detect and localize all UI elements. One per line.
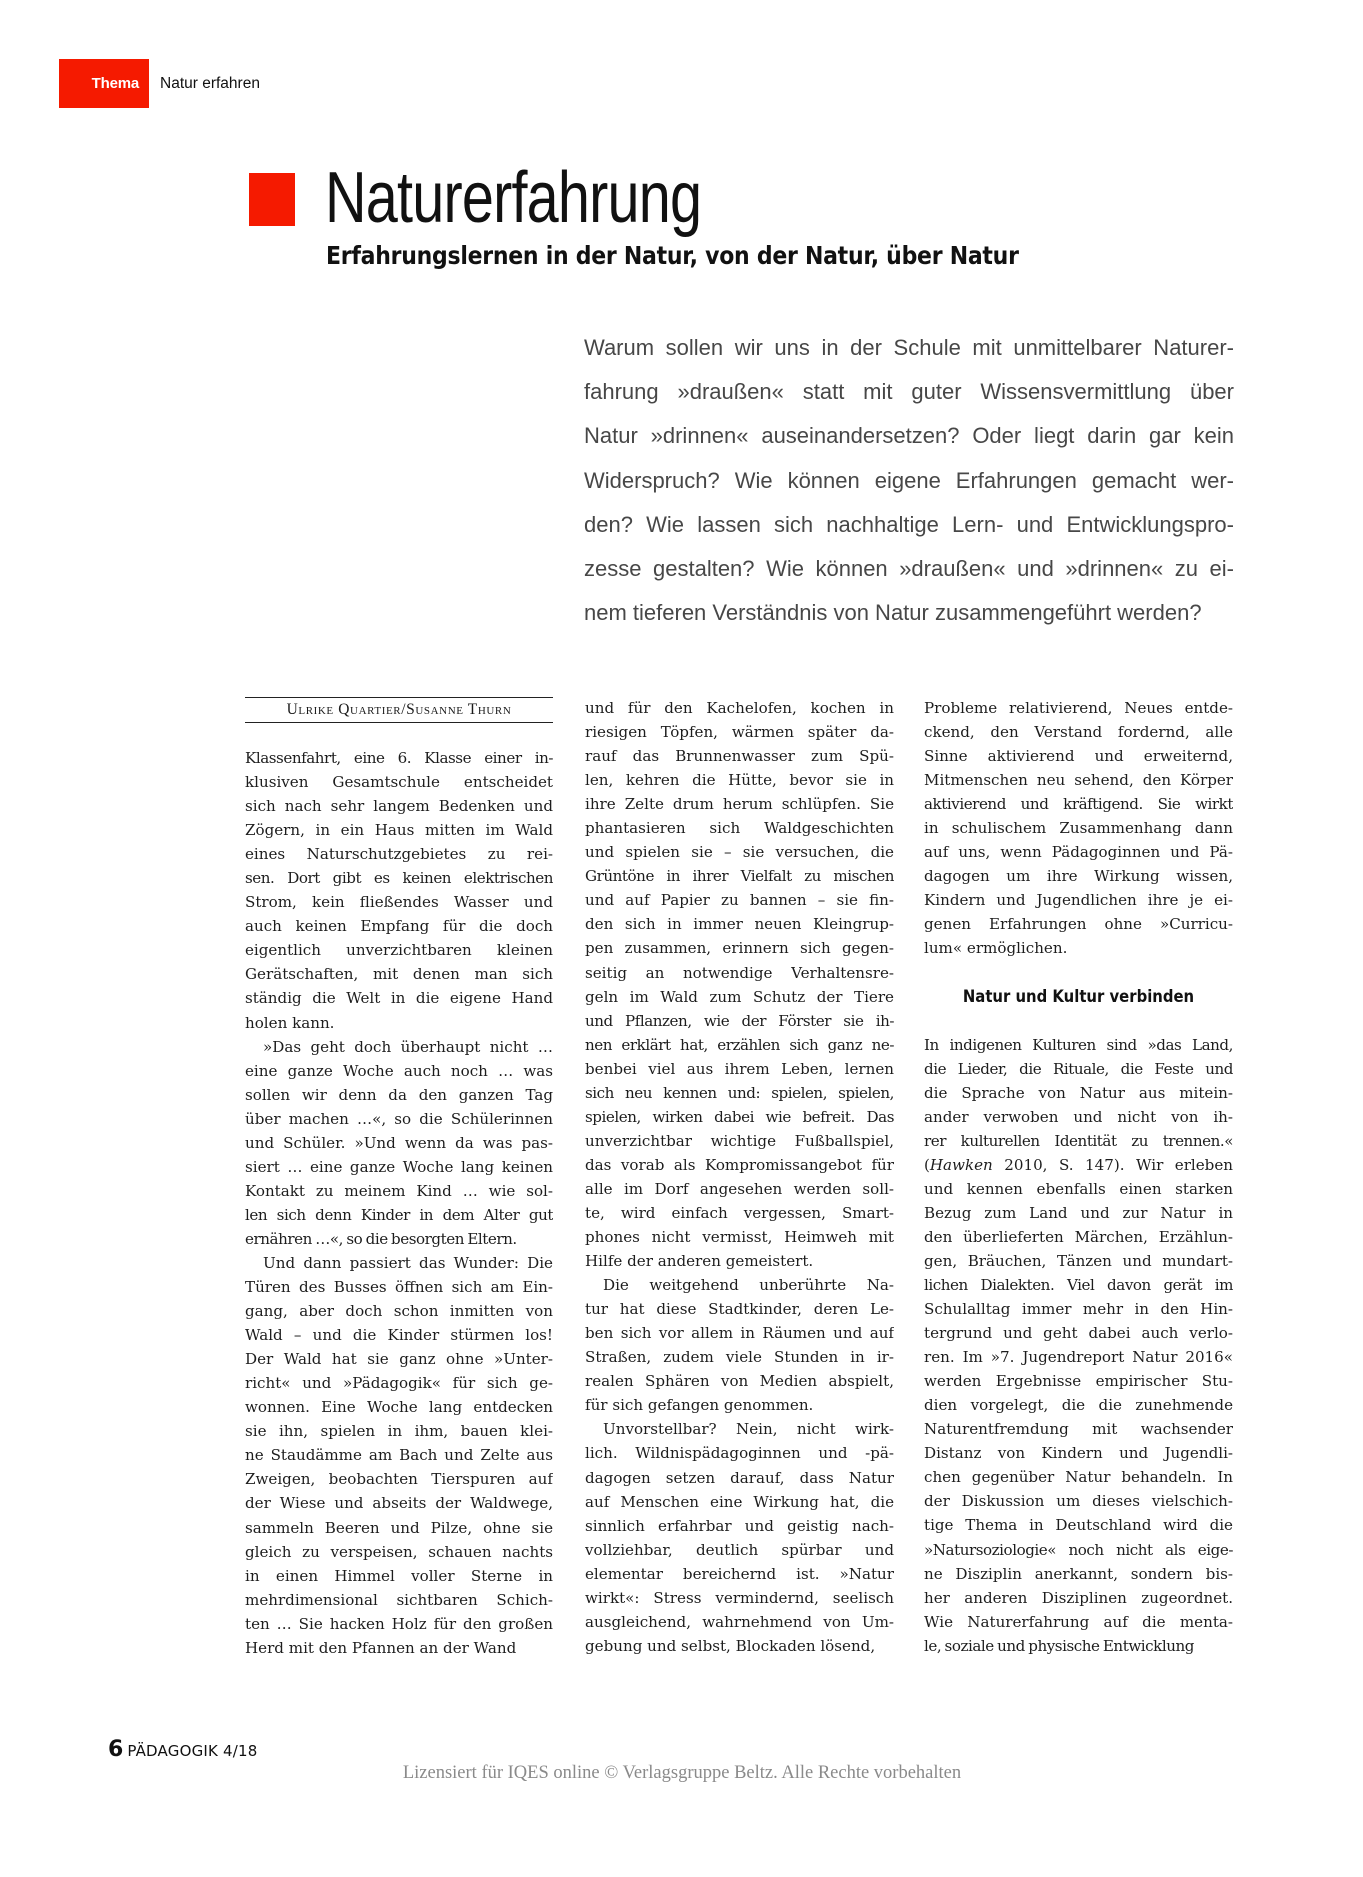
magazine-issue: PÄDAGOGIK 4/18 [127, 1742, 257, 1760]
column-2-text: und für den Kachelofen, kochen inriesige… [585, 696, 894, 1658]
lead-line: fahrung »draußen« statt mit guter Wissen… [584, 370, 1234, 414]
section-tab: Thema [59, 59, 149, 108]
text-line: Mitmenschen neu sehend, den Körper [924, 768, 1233, 792]
text-line: benbei viel aus ihrem Leben, lernen [585, 1057, 894, 1081]
text-line: ren. Im »7. Jugendreport Natur 2016« [924, 1345, 1233, 1369]
text-line: Klassenfahrt, eine 6. Klasse einer in- [245, 746, 553, 770]
text-line: chen gegenüber Natur behandeln. In [924, 1465, 1233, 1489]
text-line: Naturentfremdung mit wachsender [924, 1417, 1233, 1441]
text-line: Zweigen, beobachten Tierspuren auf [245, 1467, 553, 1491]
body-column-3: Probleme relativierend, Neues entde-cken… [924, 696, 1233, 1658]
column-3-text-top: Probleme relativierend, Neues entde-cken… [924, 696, 1233, 961]
text-line: vollziehbar, deutlich spürbar und [585, 1538, 894, 1562]
text-line: Herd mit den Pfannen an der Wand [245, 1636, 553, 1660]
lead-line: den? Wie lassen sich nachhaltige Lern- u… [584, 503, 1234, 547]
text-line: lich. Wildnispädagoginnen und -pä- [585, 1441, 894, 1465]
text-line: (Hawken 2010, S. 147). Wir erleben [924, 1153, 1233, 1177]
text-line: Türen des Busses öffnen sich am Ein- [245, 1275, 553, 1299]
text-line: Distanz von Kindern und Jugendli- [924, 1441, 1233, 1465]
text-line: auch keinen Empfang für die doch [245, 914, 553, 938]
text-line: siert … eine ganze Woche lang keinen [245, 1155, 553, 1179]
text-line: spielen, wirken dabei wie befreit. Das [585, 1105, 894, 1129]
text-line: eigentlich unverzichtbaren kleinen [245, 938, 553, 962]
text-line: den überlieferten Märchen, Erzählun- [924, 1225, 1233, 1249]
text-line: te, wird einfach vergessen, Smart- [585, 1201, 894, 1225]
text-line: ckend, den Verstand fordernd, alle [924, 720, 1233, 744]
text-line: die Sprache von Natur aus mitein- [924, 1081, 1233, 1105]
text-line: gebung und selbst, Blockaden lösend, [585, 1634, 894, 1658]
text-line: ihre Zelte drum herum schlüpfen. Sie [585, 792, 894, 816]
text-line: ben sich vor allem in Räumen und auf [585, 1321, 894, 1345]
text-line: dagogen um ihre Wirkung wissen, [924, 864, 1233, 888]
text-line: ausgleichend, wahrnehmend von Um- [585, 1610, 894, 1634]
text-line: lum« ermöglichen. [924, 936, 1233, 960]
text-line: Hilfe der anderen gemeistert. [585, 1249, 894, 1273]
text-line: sich neu kennen und: spielen, spielen, [585, 1081, 894, 1105]
text-line: phantasieren sich Waldgeschichten [585, 816, 894, 840]
text-line: das vorab als Kompromissangebot für [585, 1153, 894, 1177]
text-line: die Lieder, die Rituale, die Feste und [924, 1057, 1233, 1081]
text-line: Wald – und die Kinder stürmen los! [245, 1323, 553, 1347]
article-subtitle: Erfahrungslernen in der Natur, von der N… [326, 240, 1019, 272]
text-line: und kennen ebenfalls einen starken [924, 1177, 1233, 1201]
text-line: in schulischem Zusammenhang dann [924, 816, 1233, 840]
text-line: »Das geht doch überhaupt nicht … [245, 1035, 553, 1059]
text-line: aktivierend und kräftigend. Sie wirkt [924, 792, 1233, 816]
text-line: her anderen Disziplinen zugeordnet. [924, 1586, 1233, 1610]
text-line: ten … Sie hacken Holz für den großen [245, 1612, 553, 1636]
text-line: ander verwoben und nicht von ih- [924, 1105, 1233, 1129]
page-number: 6 [108, 1737, 123, 1762]
text-line: tige Thema in Deutschland wird die [924, 1513, 1233, 1537]
text-line: Probleme relativierend, Neues entde- [924, 696, 1233, 720]
text-line: und Pflanzen, wie der Förster sie ih- [585, 1009, 894, 1033]
text-line: Wie Naturerfahrung auf die menta- [924, 1610, 1233, 1634]
text-line: Die weitgehend unberührte Na- [585, 1273, 894, 1297]
text-line: Grüntöne in ihrer Vielfalt zu mischen [585, 864, 894, 888]
text-line: und für den Kachelofen, kochen in [585, 696, 894, 720]
text-line: sie ihn, spielen in ihm, bauen klei- [245, 1419, 553, 1443]
text-line: in einen Himmel voller Sterne in [245, 1564, 553, 1588]
text-line: eine ganze Woche auch noch … was [245, 1059, 553, 1083]
lead-line: Natur »drinnen« auseinandersetzen? Oder … [584, 414, 1234, 458]
text-line: len, kehren die Hütte, bevor sie in [585, 768, 894, 792]
text-line: sammeln Beeren und Pilze, ohne sie [245, 1516, 553, 1540]
text-line: sich nach sehr langem Bedenken und [245, 794, 553, 818]
citation-author: Hawken [930, 1156, 993, 1174]
text-line: sen. Dort gibt es keinen elektrischen [245, 866, 553, 890]
text-line: wirkt«: Stress vermindernd, seelisch [585, 1586, 894, 1610]
text-line: Unvorstellbar? Nein, nicht wirk- [585, 1417, 894, 1441]
text-line: ständig die Welt in die eigene Hand [245, 986, 553, 1010]
lead-line: nem tieferen Verständnis von Natur zusam… [584, 591, 1234, 635]
text-line: len sich denn Kinder in dem Alter gut [245, 1203, 553, 1227]
lead-line: zesse gestalten? Wie können »draußen« un… [584, 547, 1234, 591]
text-line: Der Wald hat sie ganz ohne »Unter- [245, 1347, 553, 1371]
text-line: dien vorgelegt, die die zunehmende [924, 1393, 1233, 1417]
text-line: geln im Wald zum Schutz der Tiere [585, 985, 894, 1009]
text-line: sollen wir denn da den ganzen Tag [245, 1083, 553, 1107]
text-line: elementar bereichernd ist. »Natur [585, 1562, 894, 1586]
text-line: Schulalltag immer mehr in den Hin- [924, 1297, 1233, 1321]
section-topic: Natur erfahren [160, 59, 260, 108]
text-line: mehrdimensional sichtbaren Schich- [245, 1588, 553, 1612]
text-line: riesigen Töpfen, wärmen später da- [585, 720, 894, 744]
article-title: Naturerfahrung [325, 158, 701, 238]
text-line: genen Erfahrungen ohne »Curricu- [924, 912, 1233, 936]
text-line: tergrund und geht dabei auch verlo- [924, 1321, 1233, 1345]
text-line: rer kulturellen Identität zu trennen.« [924, 1129, 1233, 1153]
text-line: phones nicht vermisst, Heimweh mit [585, 1225, 894, 1249]
text-line: für sich gefangen genommen. [585, 1393, 894, 1417]
text-line: Gerätschaften, mit denen man sich [245, 962, 553, 986]
text-line: der Wiese und abseits der Waldwege, [245, 1491, 553, 1515]
text-line: werden Ergebnisse empirischer Stu- [924, 1369, 1233, 1393]
text-line: und spielen sie – sie versuchen, die [585, 840, 894, 864]
page-footer: 6PÄDAGOGIK 4/18 [108, 1738, 258, 1763]
text-line: Zögern, in ein Haus mitten im Wald [245, 818, 553, 842]
text-line: wonnen. Eine Woche lang entdecken [245, 1395, 553, 1419]
text-line: Strom, kein fließendes Wasser und [245, 890, 553, 914]
text-line: holen kann. [245, 1011, 553, 1035]
text-line: ne Disziplin anerkannt, sondern bis- [924, 1562, 1233, 1586]
text-line: gen, Bräuchen, Tänzen und mundart- [924, 1249, 1233, 1273]
text-line: klusiven Gesamtschule entscheidet [245, 770, 553, 794]
license-notice: Lizensiert für IQES online © Verlagsgrup… [372, 1760, 992, 1786]
text-line: der Diskussion um dieses vielschich- [924, 1489, 1233, 1513]
section-label: Thema [92, 59, 139, 108]
text-line: über machen …«, so die Schülerinnen [245, 1107, 553, 1131]
text-line: Bezug zum Land und zur Natur in [924, 1201, 1233, 1225]
text-line: Sinne aktivierend und erweiternd, [924, 744, 1233, 768]
text-line: richt« und »Pädagogik« für sich ge- [245, 1371, 553, 1395]
text-line: Kindern und Jugendlichen ihre je ei- [924, 888, 1233, 912]
text-line: sinnlich erfahrbar und geistig nach- [585, 1514, 894, 1538]
text-line: seitig an notwendige Verhaltensre- [585, 961, 894, 985]
text-line: den sich in immer neuen Kleingrup- [585, 912, 894, 936]
text-line: pen zusammen, erinnern sich gegen- [585, 936, 894, 960]
section-subheading: Natur und Kultur verbinden [939, 985, 1217, 1009]
column-3-text-bottom: In indigenen Kulturen sind »das Land,die… [924, 1033, 1233, 1658]
text-line: »Natursoziologie« noch nicht als eige- [924, 1538, 1233, 1562]
text-line: alle im Dorf angesehen werden soll- [585, 1177, 894, 1201]
text-line: gleich zu verspeisen, schauen nachts [245, 1540, 553, 1564]
lead-paragraph: Warum sollen wir uns in der Schule mit u… [584, 326, 1234, 635]
text-line: le, soziale und physische Entwicklung [924, 1634, 1233, 1658]
text-line: eines Naturschutzgebietes zu rei- [245, 842, 553, 866]
text-line: ernähren …«, so die besorgten Eltern. [245, 1227, 553, 1251]
text-line: Straßen, zudem viele Stunden in ir- [585, 1345, 894, 1369]
text-line: dagogen setzen darauf, dass Natur [585, 1466, 894, 1490]
text-line: gang, aber doch schon inmitten von [245, 1299, 553, 1323]
author-byline: Ulrike Quartier/Susanne Thurn [245, 697, 553, 723]
text-line: Kontakt zu meinem Kind … wie sol- [245, 1179, 553, 1203]
text-line: auf uns, wenn Pädagoginnen und Pä- [924, 840, 1233, 864]
text-line: In indigenen Kulturen sind »das Land, [924, 1033, 1233, 1057]
lead-line: Warum sollen wir uns in der Schule mit u… [584, 326, 1234, 370]
text-line: nen erklärt hat, erzählen sich ganz ne- [585, 1033, 894, 1057]
lead-line: Widerspruch? Wie können eigene Erfahrung… [584, 459, 1234, 503]
body-column-2: und für den Kachelofen, kochen inriesige… [585, 696, 894, 1658]
text-line: tur hat diese Stadtkinder, deren Le- [585, 1297, 894, 1321]
text-line: Und dann passiert das Wunder: Die [245, 1251, 553, 1275]
text-line: und Schüler. »Und wenn da was pas- [245, 1131, 553, 1155]
column-1-text: Klassenfahrt, eine 6. Klasse einer in-kl… [245, 746, 553, 1660]
body-column-1: Ulrike Quartier/Susanne Thurn Klassenfah… [245, 697, 553, 1660]
text-line: ne Staudämme am Bach und Zelte aus [245, 1443, 553, 1467]
text-line: unverzichtbar wichtige Fußballspiel, [585, 1129, 894, 1153]
text-line: und auf Papier zu bannen – sie fin- [585, 888, 894, 912]
text-line: realen Sphären von Medien abspielt, [585, 1369, 894, 1393]
title-square-icon [249, 173, 295, 226]
text-line: rauf das Brunnenwasser zum Spü- [585, 744, 894, 768]
text-line: lichen Dialekten. Viel davon gerät im [924, 1273, 1233, 1297]
text-line: auf Menschen eine Wirkung hat, die [585, 1490, 894, 1514]
